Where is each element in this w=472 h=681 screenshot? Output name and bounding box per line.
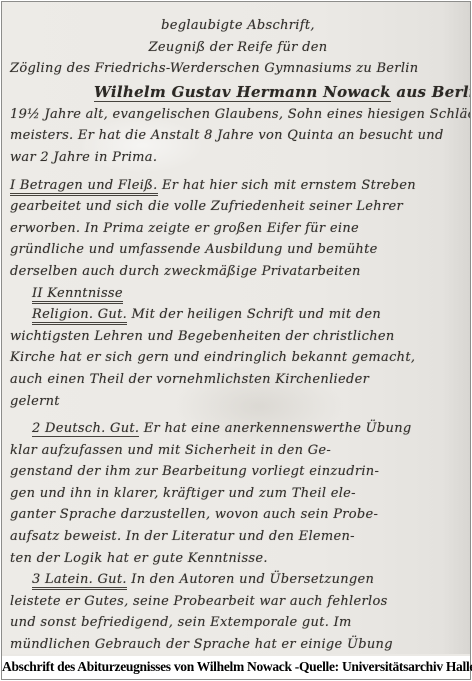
line-text: Er hat hier sich mit ernstem Streben	[158, 178, 416, 193]
manuscript-line: meisters. Er hat die Anstalt 8 Jahre von…	[10, 125, 466, 147]
manuscript-line: leistete er Gutes, seine Probearbeit war…	[10, 591, 466, 613]
line-text: war 2 Jahre in Prima.	[10, 150, 157, 165]
line-text: Zögling des Friedrichs-Werderschen Gymna…	[10, 61, 418, 76]
underlined-heading: Religion. Gut.	[32, 307, 127, 325]
line-text: leistete er Gutes, seine Probearbeit war…	[10, 594, 388, 609]
line-text: wichtigsten Lehren und Begebenheiten der…	[10, 329, 395, 344]
manuscript-line: auch einen Theil der vornehmlichsten Kir…	[10, 369, 466, 391]
underlined-heading: II Kenntnisse	[32, 286, 123, 304]
manuscript-line: war 2 Jahre in Prima.	[10, 147, 466, 169]
line-text: derselben auch durch zweckmäßige Privata…	[10, 264, 361, 279]
manuscript-line: klar aufzufassen und mit Sicherheit in d…	[10, 440, 466, 462]
line-text: 19½ Jahre alt, evangelischen Glaubens, S…	[10, 107, 470, 122]
underlined-heading: I Betragen und Fleiß.	[10, 178, 158, 196]
manuscript-line: genstand der ihm zur Bearbeitung vorlieg…	[10, 461, 466, 483]
manuscript-lines: beglaubigte Abschrift,Zeugniß der Reife …	[10, 15, 466, 654]
caption: Abschrift des Abiturzeugnisses von Wilhe…	[2, 656, 470, 679]
manuscript-line: I Betragen und Fleiß. Er hat hier sich m…	[10, 175, 466, 197]
manuscript-line: gelernt	[10, 391, 466, 413]
line-text: ten der Logik hat er gute Kenntnisse.	[10, 551, 268, 566]
manuscript-line: derselben auch durch zweckmäßige Privata…	[10, 261, 466, 283]
line-text: erworben. In Prima zeigte er großen Eife…	[10, 221, 359, 236]
line-text: klar aufzufassen und mit Sicherheit in d…	[10, 443, 331, 458]
scanned-document-frame: beglaubigte Abschrift,Zeugniß der Reife …	[1, 1, 471, 680]
line-text: gen und ihn in klarer, kräftiger und zum…	[10, 486, 356, 501]
manuscript-line: II Kenntnisse	[10, 283, 466, 305]
manuscript-line: beglaubigte Abschrift,	[10, 15, 466, 37]
underlined-heading: Wilhelm Gustav Hermann Nowack	[94, 83, 391, 102]
underlined-heading: 3 Latein. Gut.	[32, 572, 127, 590]
manuscript-line: Religion. Gut. Mit der heiligen Schrift …	[10, 304, 466, 326]
manuscript-line: und sonst befriedigend, sein Extemporale…	[10, 612, 466, 634]
line-text: Kirche hat er sich gern und eindringlich…	[10, 350, 415, 365]
underlined-heading: 2 Deutsch. Gut.	[32, 421, 139, 437]
manuscript-line: gründliche und umfassende Ausbildung und…	[10, 239, 466, 261]
line-text: gearbeitet und sich die volle Zufriedenh…	[10, 199, 403, 214]
manuscript-line: mündlichen Gebrauch der Sprache hat er e…	[10, 634, 466, 654]
line-text: gelernt	[10, 394, 60, 409]
manuscript-line: gearbeitet und sich die volle Zufriedenh…	[10, 196, 466, 218]
line-text: beglaubigte Abschrift,	[161, 18, 315, 33]
line-text: auch einen Theil der vornehmlichsten Kir…	[10, 372, 369, 387]
line-text: ganter Sprache darzustellen, wovon auch …	[10, 507, 378, 522]
line-text: Mit der heiligen Schrift und mit den	[127, 307, 381, 322]
manuscript-line: 2 Deutsch. Gut. Er hat eine anerkennensw…	[10, 418, 466, 440]
manuscript-line: Zögling des Friedrichs-Werderschen Gymna…	[10, 58, 466, 80]
manuscript-line: wichtigsten Lehren und Begebenheiten der…	[10, 326, 466, 348]
manuscript-line: 3 Latein. Gut. In den Autoren und Überse…	[10, 569, 466, 591]
manuscript-line: Zeugniß der Reife für den	[10, 37, 466, 59]
line-text: aus Berlin	[391, 83, 470, 101]
line-text: aufsatz beweist. In der Literatur und de…	[10, 529, 355, 544]
manuscript-line: 19½ Jahre alt, evangelischen Glaubens, S…	[10, 104, 466, 126]
manuscript-page: beglaubigte Abschrift,Zeugniß der Reife …	[2, 2, 470, 654]
manuscript-line: Kirche hat er sich gern und eindringlich…	[10, 347, 466, 369]
line-text: Er hat eine anerkennenswerthe Übung	[139, 421, 411, 436]
manuscript-line: gen und ihn in klarer, kräftiger und zum…	[10, 483, 466, 505]
manuscript-line: ganter Sprache darzustellen, wovon auch …	[10, 504, 466, 526]
line-text: In den Autoren und Übersetzungen	[127, 572, 374, 587]
line-text: genstand der ihm zur Bearbeitung vorlieg…	[10, 464, 379, 479]
line-text: Zeugniß der Reife für den	[149, 40, 328, 55]
line-text: mündlichen Gebrauch der Sprache hat er e…	[10, 637, 393, 652]
manuscript-line: Wilhelm Gustav Hermann Nowack aus Berlin	[10, 80, 466, 104]
manuscript-line: ten der Logik hat er gute Kenntnisse.	[10, 548, 466, 570]
line-text: gründliche und umfassende Ausbildung und…	[10, 242, 378, 257]
manuscript-line: erworben. In Prima zeigte er großen Eife…	[10, 218, 466, 240]
manuscript-line: aufsatz beweist. In der Literatur und de…	[10, 526, 466, 548]
line-text: meisters. Er hat die Anstalt 8 Jahre von…	[10, 128, 444, 143]
line-text: und sonst befriedigend, sein Extemporale…	[10, 615, 352, 630]
